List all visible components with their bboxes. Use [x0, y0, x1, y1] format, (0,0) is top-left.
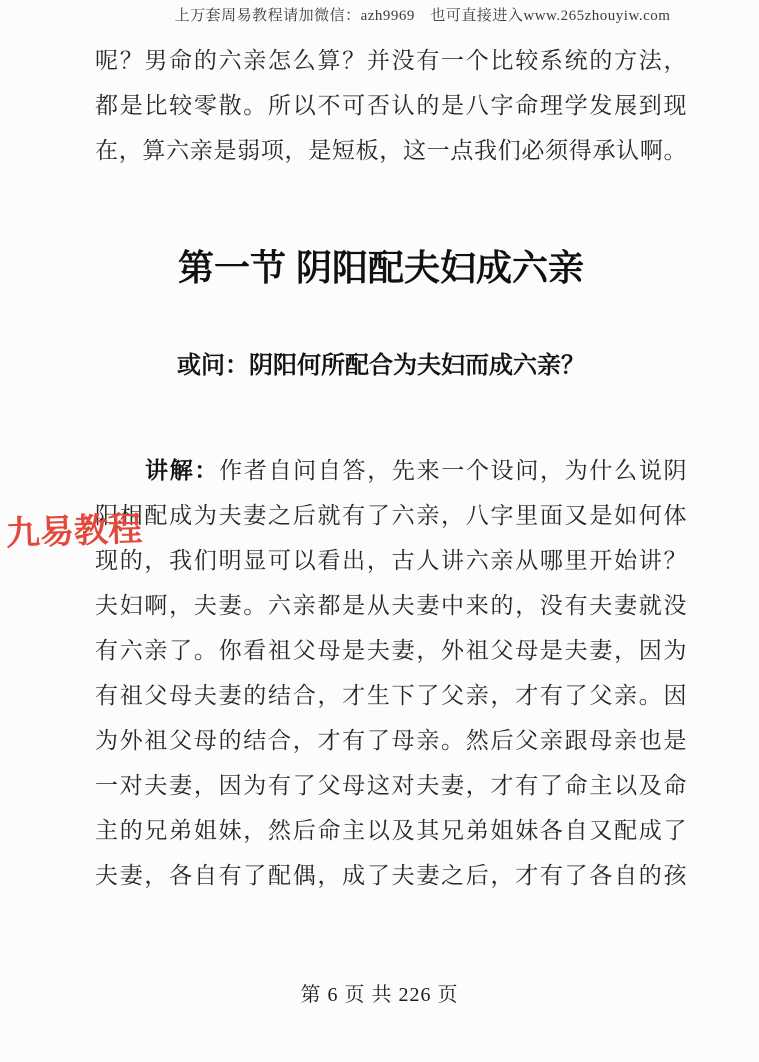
lecture-line: 为外祖父母的结合，才有了母亲。然后父亲跟母亲也是 [95, 718, 687, 763]
watermark-text: 九易教程 [5, 509, 142, 554]
section-title: 第一节 阴阳配夫妇成六亲 [85, 245, 677, 290]
scan-header-note: 上万套周易教程请加微信：azh9969 也可直接进入www.265zhouyiw… [0, 4, 759, 28]
lecture-line: 夫妇啊，夫妻。六亲都是从夫妻中来的，没有夫妻就没 [95, 583, 687, 628]
intro-paragraph: 呢？男命的六亲怎么算？并没有一个比较系统的方法， 都是比较零散。所以不可否认的是… [95, 38, 687, 173]
lecture-line: 现的，我们明显可以看出，古人讲六亲从哪里开始讲？ [95, 538, 687, 583]
lecture-paragraph: 讲解：作者自问自答，先来一个设问，为什么说阴 阳相配成为夫妻之后就有了六亲，八字… [95, 448, 687, 898]
lecture-line: 讲解：作者自问自答，先来一个设问，为什么说阴 [95, 448, 687, 493]
intro-line: 都是比较零散。所以不可否认的是八字命理学发展到现 [95, 83, 687, 128]
page-number: 第 6 页 共 226 页 [0, 980, 759, 1010]
lecture-line-text: 作者自问自答，先来一个设问，为什么说阴 [219, 458, 687, 483]
scanned-book-page: 上万套周易教程请加微信：azh9969 也可直接进入www.265zhouyiw… [0, 0, 759, 1062]
lecture-line: 有六亲了。你看祖父母是夫妻，外祖父母是夫妻，因为 [95, 628, 687, 673]
lecture-line: 有祖父母夫妻的结合，才生下了父亲，才有了父亲。因 [95, 673, 687, 718]
lecture-label: 讲解： [145, 457, 219, 483]
section-question: 或问：阴阳何所配合为夫妇而成六亲？ [85, 343, 677, 388]
intro-line: 呢？男命的六亲怎么算？并没有一个比较系统的方法， [95, 38, 687, 83]
lecture-line: 阳相配成为夫妻之后就有了六亲，八字里面又是如何体 [95, 493, 687, 538]
lecture-line: 一对夫妻，因为有了父母这对夫妻，才有了命主以及命 [95, 763, 687, 808]
intro-line: 在，算六亲是弱项，是短板，这一点我们必须得承认啊。 [95, 128, 687, 173]
lecture-line: 夫妻，各自有了配偶，成了夫妻之后，才有了各自的孩 [95, 853, 687, 898]
lecture-line: 主的兄弟姐妹，然后命主以及其兄弟姐妹各自又配成了 [95, 808, 687, 853]
